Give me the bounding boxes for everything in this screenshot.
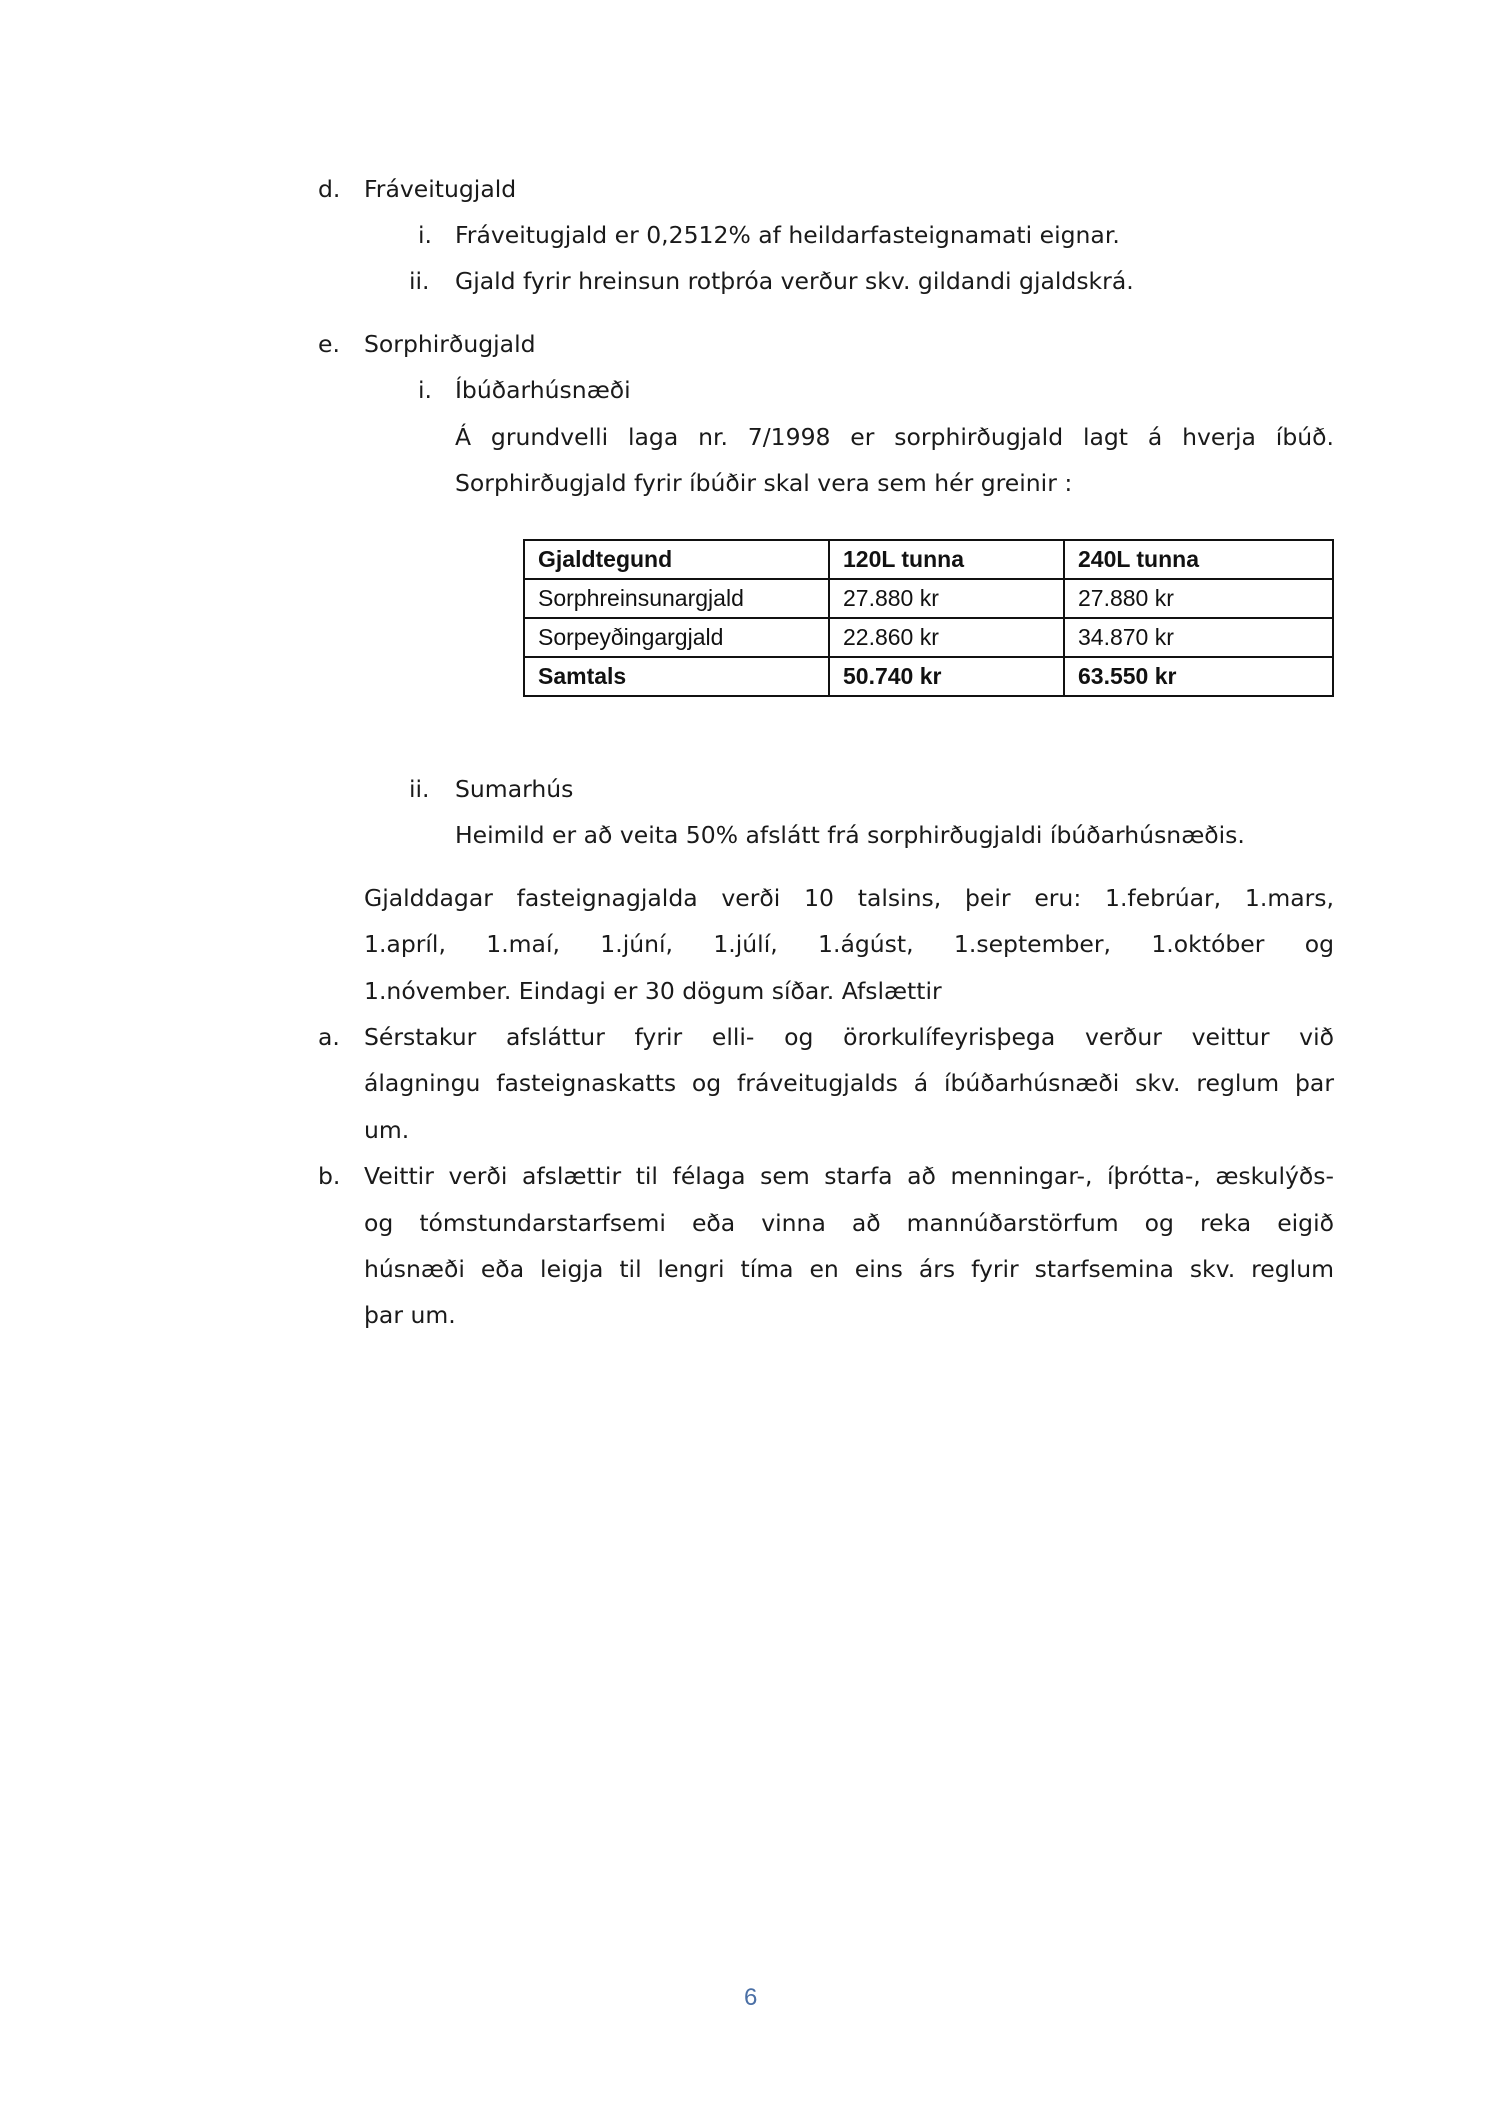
table-cell: 27.880 kr: [1064, 579, 1333, 618]
fee-table: Gjaldtegund 120L tunna 240L tunna Sorphr…: [523, 539, 1334, 697]
total-cell: Samtals: [524, 657, 829, 696]
section-e-item-1-line-2: Sorphirðugjald fyrir íbúðir skal vera se…: [455, 468, 1072, 498]
due-dates-line-3: 1.nóvember. Eindagi er 30 dögum síðar. A…: [364, 976, 942, 1006]
table-row: Sorphreinsunargjald 27.880 kr 27.880 kr: [524, 579, 1333, 618]
section-d-item-1: Fráveitugjald er 0,2512% af heildarfaste…: [455, 220, 1120, 250]
table-cell: 27.880 kr: [829, 579, 1064, 618]
header-cell: Gjaldtegund: [524, 540, 829, 579]
header-cell: 240L tunna: [1064, 540, 1333, 579]
table-cell: 34.870 kr: [1064, 618, 1333, 657]
section-d-item-2: Gjald fyrir hreinsun rotþróa verður skv.…: [455, 266, 1134, 296]
discount-a-line-2: álagningu fasteignaskatts og fráveitugja…: [364, 1068, 1334, 1098]
page-number: 6: [744, 1984, 757, 2012]
fee-table-header: Gjaldtegund 120L tunna 240L tunna: [524, 540, 1333, 579]
section-e-title: Sorphirðugjald: [364, 329, 536, 359]
section-e-item-2-text: Heimild er að veita 50% afslátt frá sorp…: [455, 820, 1245, 850]
total-cell: 50.740 kr: [829, 657, 1064, 696]
header-cell: 120L tunna: [829, 540, 1064, 579]
section-d-marker: d.: [318, 174, 340, 204]
section-e-marker: e.: [318, 329, 340, 359]
table-cell: 22.860 kr: [829, 618, 1064, 657]
section-d-item-1-marker: i.: [418, 220, 432, 250]
discount-b-line-1: Veittir verði afslættir til félaga sem s…: [364, 1161, 1334, 1191]
discount-a-marker: a.: [318, 1022, 340, 1052]
section-e-item-1-marker: i.: [418, 375, 432, 405]
due-dates-line-1: Gjalddagar fasteignagjalda verði 10 tals…: [364, 883, 1334, 913]
due-dates-line-2: 1.apríl, 1.maí, 1.júní, 1.júlí, 1.ágúst,…: [364, 929, 1334, 959]
discount-a-line-3: um.: [364, 1115, 409, 1145]
section-e-item-2-marker: ii.: [409, 774, 430, 804]
section-d-item-2-marker: ii.: [409, 266, 430, 296]
section-e-item-1-title: Íbúðarhúsnæði: [455, 375, 631, 405]
section-e-item-1-line-1: Á grundvelli laga nr. 7/1998 er sorphirð…: [455, 422, 1334, 452]
table-cell: Sorpeyðingargjald: [524, 618, 829, 657]
table-row: Sorpeyðingargjald 22.860 kr 34.870 kr: [524, 618, 1333, 657]
discount-a-line-1: Sérstakur afsláttur fyrir elli- og örork…: [364, 1022, 1334, 1052]
table-cell: Sorphreinsunargjald: [524, 579, 829, 618]
discount-b-line-4: þar um.: [364, 1300, 456, 1330]
discount-b-line-3: húsnæði eða leigja til lengri tíma en ei…: [364, 1254, 1334, 1284]
discount-b-line-2: og tómstundarstarfsemi eða vinna að mann…: [364, 1208, 1334, 1238]
table-total-row: Samtals 50.740 kr 63.550 kr: [524, 657, 1333, 696]
section-e-item-2-title: Sumarhús: [455, 774, 573, 804]
section-d-title: Fráveitugjald: [364, 174, 516, 204]
discount-b-marker: b.: [318, 1161, 340, 1191]
total-cell: 63.550 kr: [1064, 657, 1333, 696]
